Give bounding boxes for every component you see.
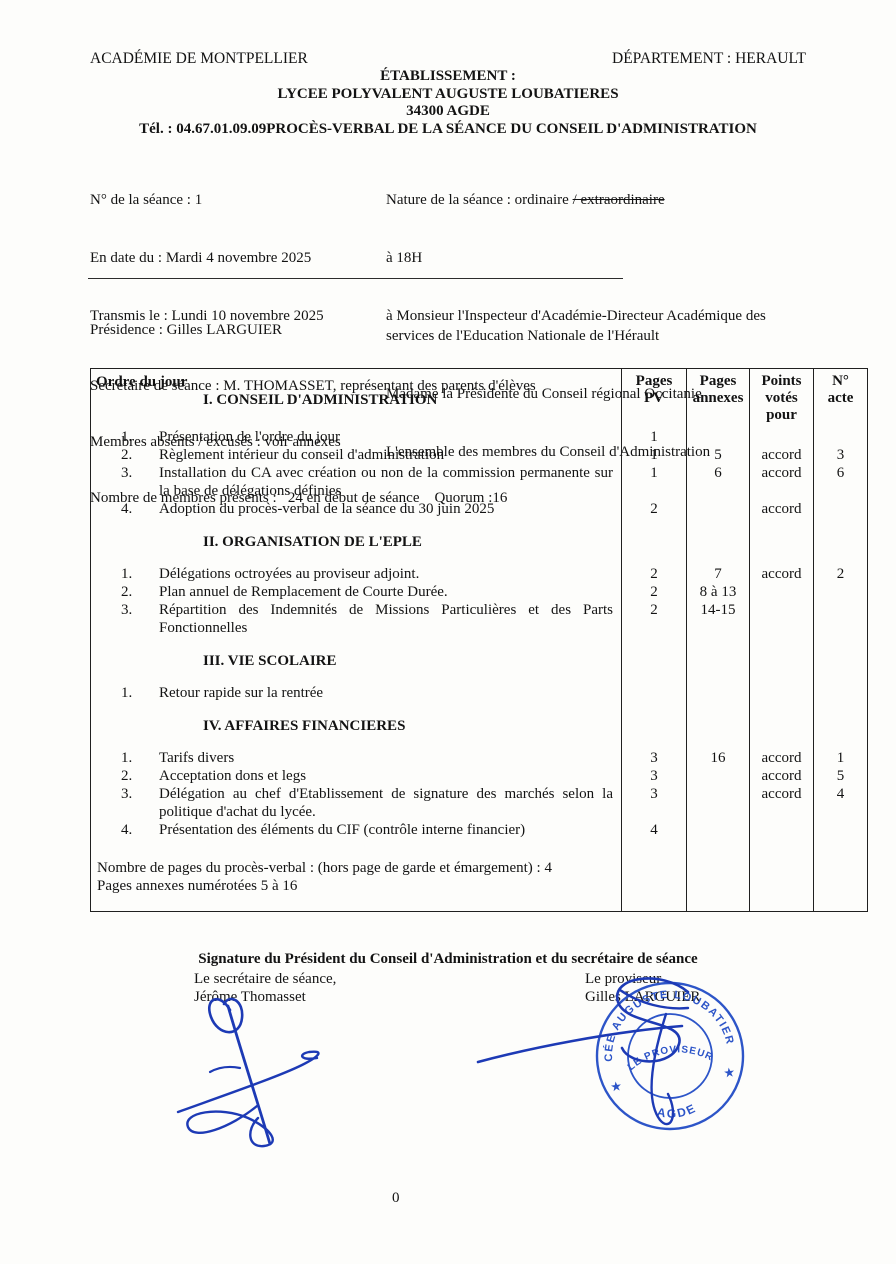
agenda-cell-value: 6	[687, 464, 749, 482]
agenda-item-number: 2.	[121, 767, 159, 785]
agenda-item-label: Adoption du procès-verbal de la séance d…	[159, 500, 621, 518]
agenda-cell-value: 7	[687, 565, 749, 583]
agenda-section1-title: I. CONSEIL D'ADMINISTRATION	[91, 391, 621, 409]
agenda-item-label: Présentation des éléments du CIF (contrô…	[159, 821, 621, 839]
agenda-item: 1.Tarifs divers	[91, 749, 621, 767]
col-header-line: acte	[814, 390, 867, 407]
col-header-num-acte: N° acte	[813, 369, 867, 428]
separator-line	[88, 278, 623, 279]
stamp-star-left: ★	[609, 1078, 622, 1094]
agenda-item-label: Tarifs divers	[159, 749, 621, 767]
agenda-cell-acte: 4	[813, 785, 867, 821]
agenda-cell-acte: 3	[813, 446, 867, 464]
agenda-footer-note: Nombre de pages du procès-verbal : (hors…	[91, 859, 621, 877]
col-header-line: pour	[750, 407, 813, 424]
agenda-section-title: III. VIE SCOLAIRE	[91, 652, 621, 670]
agenda-cell-pages-pv: 1	[621, 446, 686, 464]
agenda-cell-vote	[749, 702, 813, 735]
agenda-cell-main: 3.Délégation au chef d'Etablissement de …	[91, 785, 621, 821]
agenda-cell-vote	[749, 583, 813, 601]
col-header-pages-pv: Pages PV	[621, 369, 686, 428]
agenda-item: 4.Présentation des éléments du CIF (cont…	[91, 821, 621, 839]
agenda-item-number: 4.	[121, 500, 159, 518]
agenda-cell-value: 8 à 13	[687, 583, 749, 601]
agenda-cell-main: 4.Adoption du procès-verbal de la séance…	[91, 500, 621, 518]
agenda-cell-pages-pv: 2	[621, 551, 686, 583]
agenda-cell-vote: accord	[749, 500, 813, 518]
agenda-item-number: 1.	[121, 565, 159, 583]
agenda-cell-pages-annexes	[686, 428, 749, 446]
agenda-cell-acte	[813, 821, 867, 839]
agenda-cell-main: Pages annexes numérotées 5 à 16	[91, 877, 621, 911]
agenda-cell-value: 3	[622, 785, 686, 803]
agenda-cell-main: 2.Règlement intérieur du conseil d'admin…	[91, 446, 621, 464]
agenda-item-label: Répartition des Indemnités de Missions P…	[159, 601, 621, 637]
agenda-item: 4.Adoption du procès-verbal de la séance…	[91, 500, 621, 518]
col-header-points-votes: Points votés pour	[749, 369, 813, 428]
agenda-item: 1.Délégations octroyées au proviseur adj…	[91, 565, 621, 583]
agenda-item-number: 1.	[121, 428, 159, 446]
agenda-item-label: Installation du CA avec création ou non …	[159, 464, 621, 500]
agenda-item: 2.Règlement intérieur du conseil d'admin…	[91, 446, 621, 464]
agenda-cell-pages-pv: 2	[621, 601, 686, 637]
agenda-item-row: 1.Tarifs divers316accord1	[91, 735, 867, 767]
agenda-item-row: 3.Délégation au chef d'Etablissement de …	[91, 785, 867, 821]
agenda-cell-acte: 6	[813, 464, 867, 500]
agenda-body: 1.Présentation de l'ordre du jour12.Règl…	[91, 428, 867, 911]
agenda-cell-pages-annexes	[686, 839, 749, 877]
agenda-cell-vote	[749, 821, 813, 839]
agenda-cell-vote: accord	[749, 446, 813, 464]
agenda-cell-main: 2.Plan annuel de Remplacement de Courte …	[91, 583, 621, 601]
agenda-cell-pages-pv	[621, 518, 686, 551]
agenda-cell-value: 2	[622, 565, 686, 583]
agenda-item-row: 3.Installation du CA avec création ou no…	[91, 464, 867, 500]
agenda-section-title-row: IV. AFFAIRES FINANCIERES	[91, 702, 867, 735]
secretary-role: Le secrétaire de séance,	[194, 970, 336, 989]
document-title: Tél. : 04.67.01.09.09PROCÈS-VERBAL DE LA…	[0, 121, 896, 139]
agenda-cell-pages-pv: 3	[621, 767, 686, 785]
agenda-cell-vote	[749, 428, 813, 446]
agenda-cell-acte	[813, 500, 867, 518]
agenda-item: 3.Répartition des Indemnités de Missions…	[91, 601, 621, 637]
agenda-cell-value: 3	[622, 767, 686, 785]
agenda-cell-acte	[813, 583, 867, 601]
agenda-item-number: 1.	[121, 749, 159, 767]
secretary-name: Jérôme Thomasset	[194, 988, 336, 1007]
agenda-cell-pages-pv: 4	[621, 821, 686, 839]
session-nature-label: Nature de la séance : ordinaire	[386, 192, 573, 208]
agenda-cell-vote: accord	[749, 464, 813, 500]
session-number: N° de la séance : 1	[90, 191, 386, 210]
col-header-line: Pages	[687, 373, 749, 390]
agenda-cell-value: 1	[622, 428, 686, 446]
agenda-cell-main: 2.Acceptation dons et legs	[91, 767, 621, 785]
document-page: ACADÉMIE DE MONTPELLIER DÉPARTEMENT : HE…	[0, 0, 896, 1264]
agenda-cell-pages-pv	[621, 637, 686, 670]
agenda-item-row: 2.Acceptation dons et legs3accord5	[91, 767, 867, 785]
agenda-cell-pages-annexes: 5	[686, 446, 749, 464]
agenda-item-label: Acceptation dons et legs	[159, 767, 621, 785]
agenda-cell-value: 2	[622, 500, 686, 518]
agenda-cell-value: accord	[750, 749, 813, 767]
agenda-cell-value: accord	[750, 500, 813, 518]
agenda-cell-acte	[813, 637, 867, 670]
proviseur-signature-labels: Le proviseur Gilles LARGUIER	[585, 970, 700, 1007]
agenda-cell-value: 4	[622, 821, 686, 839]
agenda-item-number: 3.	[121, 785, 159, 821]
agenda-cell-acte	[813, 518, 867, 551]
col-header-line: N°	[814, 373, 867, 390]
agenda-cell-vote: accord	[749, 735, 813, 767]
agenda-cell-value: 5	[687, 446, 749, 464]
agenda-cell-vote: accord	[749, 551, 813, 583]
session-date: En date du : Mardi 4 novembre 2025	[90, 249, 386, 268]
agenda-cell-acte	[813, 670, 867, 702]
svg-text:LE PROVISEUR: LE PROVISEUR	[624, 1039, 716, 1073]
secretary-signature-ink	[160, 988, 350, 1153]
agenda-cell-acte	[813, 601, 867, 637]
agenda-item-label: Plan annuel de Remplacement de Courte Du…	[159, 583, 621, 601]
agenda-cell-value: 3	[814, 446, 867, 464]
agenda-cell-value: 16	[687, 749, 749, 767]
agenda-item-row: 2.Règlement intérieur du conseil d'admin…	[91, 446, 867, 464]
agenda-cell-acte: 2	[813, 551, 867, 583]
agenda-cell-value: 1	[622, 446, 686, 464]
school-name: LYCEE POLYVALENT AUGUSTE LOUBATIERES	[0, 86, 896, 104]
agenda-cell-main: 3.Installation du CA avec création ou no…	[91, 464, 621, 500]
department-label: DÉPARTEMENT : HERAULT	[612, 50, 806, 68]
agenda-item-label: Présentation de l'ordre du jour	[159, 428, 621, 446]
agenda-item: 3.Installation du CA avec création ou no…	[91, 464, 621, 500]
agenda-cell-pages-annexes: 16	[686, 735, 749, 767]
agenda-cell-pages-pv	[621, 839, 686, 877]
agenda-section-title: IV. AFFAIRES FINANCIERES	[91, 717, 621, 735]
agenda-cell-acte	[813, 839, 867, 877]
agenda-cell-main: IV. AFFAIRES FINANCIERES	[91, 702, 621, 735]
agenda-cell-pages-pv	[621, 877, 686, 911]
agenda-corner-label: Ordre du jour	[91, 373, 621, 391]
agenda-cell-pages-annexes	[686, 702, 749, 735]
agenda-cell-pages-annexes	[686, 637, 749, 670]
col-header-line: annexes	[687, 390, 749, 407]
agenda-header-row: Ordre du jour I. CONSEIL D'ADMINISTRATIO…	[91, 369, 867, 428]
agenda-item-row: 1.Délégations octroyées au proviseur adj…	[91, 551, 867, 583]
presidency-line: Présidence : Gilles LARGUIER	[90, 321, 806, 340]
agenda-corner-cell: Ordre du jour I. CONSEIL D'ADMINISTRATIO…	[91, 369, 621, 428]
agenda-item-row: 2.Plan annuel de Remplacement de Courte …	[91, 583, 867, 601]
agenda-cell-vote	[749, 601, 813, 637]
agenda-cell-vote	[749, 839, 813, 877]
agenda-item: 1.Retour rapide sur la rentrée	[91, 684, 621, 702]
col-header-line: Points	[750, 373, 813, 390]
agenda-cell-pages-pv	[621, 670, 686, 702]
agenda-cell-value: accord	[750, 767, 813, 785]
signature-heading: Signature du Président du Conseil d'Admi…	[90, 950, 806, 969]
agenda-cell-value: 2	[622, 583, 686, 601]
agenda-item-number: 3.	[121, 464, 159, 500]
title-block: ÉTABLISSEMENT : LYCEE POLYVALENT AUGUSTE…	[0, 68, 896, 138]
agenda-cell-pages-annexes	[686, 500, 749, 518]
agenda-item-row: 1.Présentation de l'ordre du jour1	[91, 428, 867, 446]
col-header-line: Pages	[622, 373, 686, 390]
agenda-footer-row: Pages annexes numérotées 5 à 16	[91, 877, 867, 911]
agenda-item-label: Délégation au chef d'Etablissement de si…	[159, 785, 621, 821]
agenda-cell-main: Nombre de pages du procès-verbal : (hors…	[91, 839, 621, 877]
agenda-section-title-row: III. VIE SCOLAIRE	[91, 637, 867, 670]
agenda-footer-note: Pages annexes numérotées 5 à 16	[91, 877, 621, 895]
session-nature-struck: / extraordinaire	[573, 192, 665, 208]
agenda-cell-value: accord	[750, 565, 813, 583]
agenda-cell-value: 4	[814, 785, 867, 803]
col-header-line: PV	[622, 390, 686, 407]
agenda-item-number: 2.	[121, 583, 159, 601]
agenda-cell-acte	[813, 428, 867, 446]
agenda-cell-pages-annexes: 7	[686, 551, 749, 583]
col-header-line: votés	[750, 390, 813, 407]
agenda-item-number: 1.	[121, 684, 159, 702]
agenda-cell-vote	[749, 877, 813, 911]
agenda-cell-main: 1.Présentation de l'ordre du jour	[91, 428, 621, 446]
agenda-item: 3.Délégation au chef d'Etablissement de …	[91, 785, 621, 821]
agenda-item: 2.Plan annuel de Remplacement de Courte …	[91, 583, 621, 601]
agenda-item-label: Retour rapide sur la rentrée	[159, 684, 621, 702]
agenda-cell-pages-annexes	[686, 821, 749, 839]
agenda-cell-main: II. ORGANISATION DE L'EPLE	[91, 518, 621, 551]
agenda-item-row: 1.Retour rapide sur la rentrée	[91, 670, 867, 702]
agenda-cell-value: accord	[750, 464, 813, 482]
agenda-cell-vote	[749, 637, 813, 670]
agenda-cell-value: 14-15	[687, 601, 749, 619]
agenda-cell-value: 1	[814, 749, 867, 767]
col-header-pages-annexes: Pages annexes	[686, 369, 749, 428]
agenda-item-row: 4.Présentation des éléments du CIF (cont…	[91, 821, 867, 839]
agenda-cell-pages-pv: 1	[621, 464, 686, 500]
session-hour: à 18H	[386, 249, 806, 268]
agenda-cell-value: 5	[814, 767, 867, 785]
agenda-cell-acte: 5	[813, 767, 867, 785]
agenda-cell-vote	[749, 518, 813, 551]
agenda-cell-main: 3.Répartition des Indemnités de Missions…	[91, 601, 621, 637]
agenda-cell-pages-pv: 3	[621, 785, 686, 821]
agenda-cell-main: 1.Retour rapide sur la rentrée	[91, 670, 621, 702]
agenda-cell-pages-pv: 1	[621, 428, 686, 446]
agenda-footer-row: Nombre de pages du procès-verbal : (hors…	[91, 839, 867, 877]
agenda-cell-main: 4.Présentation des éléments du CIF (cont…	[91, 821, 621, 839]
agenda-cell-pages-pv: 2	[621, 500, 686, 518]
proviseur-role: Le proviseur	[585, 970, 700, 989]
agenda-item-label: Délégations octroyées au proviseur adjoi…	[159, 565, 621, 583]
proviseur-name: Gilles LARGUIER	[585, 988, 700, 1007]
agenda-item-row: 3.Répartition des Indemnités de Missions…	[91, 601, 867, 637]
agenda-cell-acte	[813, 877, 867, 911]
agenda-section-title-row: II. ORGANISATION DE L'EPLE	[91, 518, 867, 551]
agenda-cell-pages-pv: 2	[621, 583, 686, 601]
page-header: ACADÉMIE DE MONTPELLIER DÉPARTEMENT : HE…	[90, 50, 806, 68]
agenda-cell-main: III. VIE SCOLAIRE	[91, 637, 621, 670]
signature-block: Signature du Président du Conseil d'Admi…	[90, 950, 806, 970]
agenda-cell-pages-annexes	[686, 518, 749, 551]
agenda-item-number: 3.	[121, 601, 159, 637]
agenda-item-number: 2.	[121, 446, 159, 464]
agenda-cell-value: 6	[814, 464, 867, 482]
agenda-cell-pages-annexes: 6	[686, 464, 749, 500]
agenda-cell-vote	[749, 670, 813, 702]
agenda-cell-acte	[813, 702, 867, 735]
agenda-cell-value: 2	[814, 565, 867, 583]
agenda-cell-value: 3	[622, 749, 686, 767]
agenda-item-row: 4.Adoption du procès-verbal de la séance…	[91, 500, 867, 518]
agenda-cell-pages-pv: 3	[621, 735, 686, 767]
agenda-cell-acte: 1	[813, 735, 867, 767]
agenda-cell-pages-annexes	[686, 767, 749, 785]
agenda-cell-pages-annexes: 14-15	[686, 601, 749, 637]
agenda-table: Ordre du jour I. CONSEIL D'ADMINISTRATIO…	[90, 368, 868, 912]
agenda-cell-main: 1.Tarifs divers	[91, 735, 621, 767]
agenda-cell-pages-annexes	[686, 670, 749, 702]
agenda-cell-pages-annexes: 8 à 13	[686, 583, 749, 601]
academy-label: ACADÉMIE DE MONTPELLIER	[90, 50, 308, 68]
agenda-cell-main: 1.Délégations octroyées au proviseur adj…	[91, 551, 621, 583]
agenda-item: 2.Acceptation dons et legs	[91, 767, 621, 785]
stamp-star-right: ★	[723, 1064, 736, 1080]
agenda-section-title: II. ORGANISATION DE L'EPLE	[91, 533, 621, 551]
agenda-cell-pages-pv	[621, 702, 686, 735]
agenda-cell-vote: accord	[749, 767, 813, 785]
agenda-cell-vote: accord	[749, 785, 813, 821]
svg-text:AGDE: AGDE	[654, 1100, 699, 1123]
agenda-cell-value: accord	[750, 785, 813, 803]
page-number: 0	[392, 1190, 400, 1207]
agenda-cell-pages-annexes	[686, 877, 749, 911]
agenda-cell-pages-annexes	[686, 785, 749, 821]
agenda-item-number: 4.	[121, 821, 159, 839]
agenda-cell-value: 1	[622, 464, 686, 482]
secretary-signature-labels: Le secrétaire de séance, Jérôme Thomasse…	[194, 970, 336, 1007]
agenda-item-label: Règlement intérieur du conseil d'adminis…	[159, 446, 621, 464]
session-nature: Nature de la séance : ordinaire / extrao…	[386, 191, 806, 210]
etablissement-label: ÉTABLISSEMENT :	[0, 68, 896, 86]
agenda-item: 1.Présentation de l'ordre du jour	[91, 428, 621, 446]
agenda-cell-value: accord	[750, 446, 813, 464]
agenda-cell-value: 2	[622, 601, 686, 619]
school-city: 34300 AGDE	[0, 103, 896, 121]
